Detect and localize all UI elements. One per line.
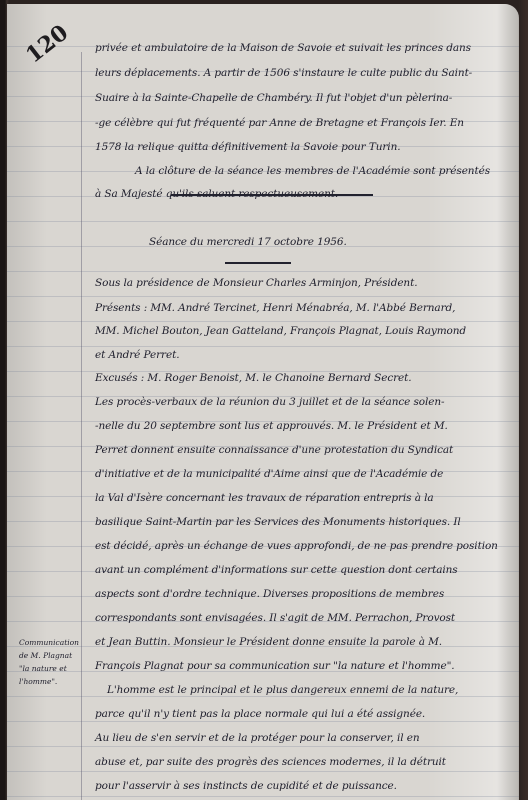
session-line: François Plagnat pour sa communication s…	[95, 660, 455, 672]
session-line: aspects sont d'ordre technique. Diverses…	[95, 588, 444, 600]
margin-note-line: l'homme".	[19, 675, 91, 688]
session-line: L'homme est le principal et le plus dang…	[107, 684, 458, 696]
margin-note-line: de M. Plagnat	[19, 649, 91, 662]
page-edge-shadow	[518, 0, 528, 800]
session-line: MM. Michel Bouton, Jean Gatteland, Franç…	[95, 325, 466, 337]
session-line: la Val d'Isère concernant les travaux de…	[95, 492, 434, 504]
session-line: -nelle du 20 septembre sont lus et appro…	[95, 420, 448, 432]
session-line: Les procès-verbaux de la réunion du 3 ju…	[95, 396, 445, 408]
session-line: abuse et, par suite des progrès des scie…	[95, 756, 446, 768]
text-line: leurs déplacements. A partir de 1506 s'i…	[95, 67, 472, 79]
margin-note-line: "la nature et	[19, 662, 91, 675]
session-line: Excusés : M. Roger Benoist, M. le Chanoi…	[95, 372, 412, 384]
margin-annotation: Communication de M. Plagnat "la nature e…	[19, 636, 91, 688]
text-line: privée et ambulatoire de la Maison de Sa…	[95, 42, 471, 54]
session-line: basilique Saint-Martin par les Services …	[95, 516, 461, 528]
session-line: est décidé, après un échange de vues app…	[95, 540, 498, 552]
session-line: Perret donnent ensuite connaissance d'un…	[95, 444, 453, 456]
margin-note-line: Communication	[19, 636, 91, 649]
text-line: Suaire à la Sainte-Chapelle de Chambéry.…	[95, 92, 452, 104]
session-line: et André Perret.	[95, 349, 179, 361]
session-line: et Jean Buttin. Monsieur le Président do…	[95, 636, 442, 648]
text-line: -ge célèbre qui fut fréquenté par Anne d…	[95, 117, 464, 129]
session-line: d'initiative et de la municipalité d'Aim…	[95, 468, 443, 480]
session-heading: Séance du mercredi 17 octobre 1956.	[149, 236, 347, 248]
section-separator	[171, 194, 373, 196]
session-line: pour l'asservir à ses instincts de cupid…	[95, 780, 397, 792]
session-line: parce qu'il n'y tient pas la place norma…	[95, 708, 425, 720]
text-line: A la clôture de la séance les membres de…	[135, 165, 490, 177]
text-line: 1578 la relique quitta définitivement la…	[95, 141, 400, 153]
session-line: Au lieu de s'en servir et de la protéger…	[95, 732, 420, 744]
session-line: avant un complément d'informations sur c…	[95, 564, 458, 576]
heading-underline	[225, 262, 291, 264]
session-line: Présents : MM. André Tercinet, Henri Mén…	[95, 302, 455, 314]
session-line: correspondants sont envisagées. Il s'agi…	[95, 612, 455, 624]
manuscript-page: 120 privée et ambulatoire de la Maison d…	[7, 4, 519, 800]
session-line: Sous la présidence de Monsieur Charles A…	[95, 277, 417, 289]
